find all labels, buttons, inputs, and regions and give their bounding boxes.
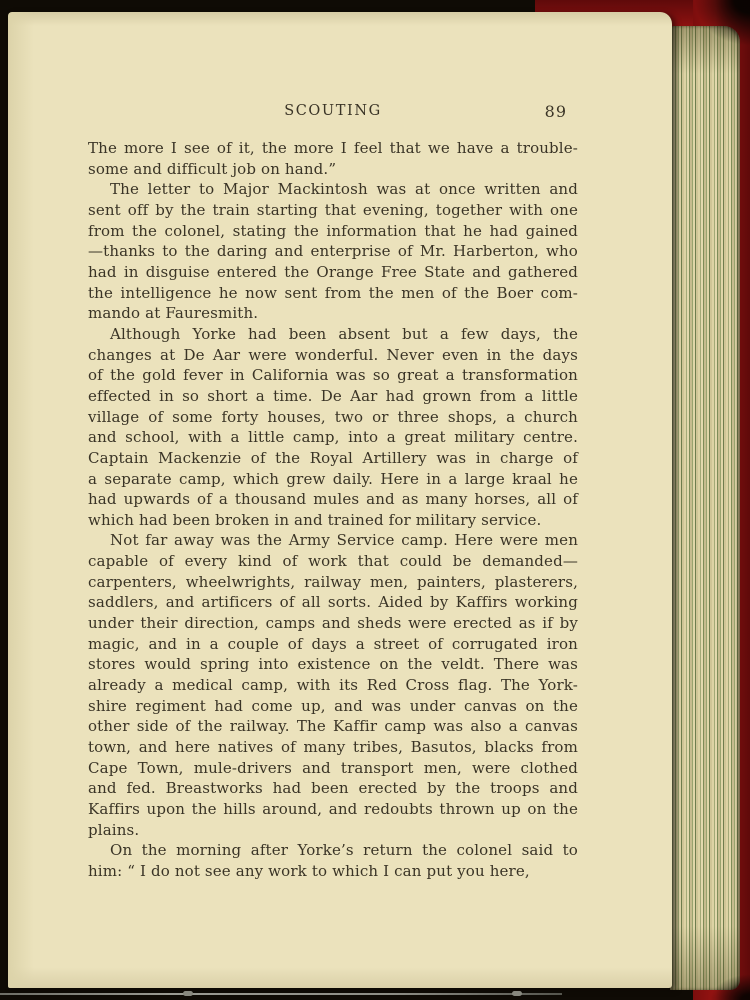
text-line: under their direction, camps and sheds w…: [88, 613, 578, 634]
text-line: shire regiment had come up, and was unde…: [88, 696, 578, 717]
text-line: already a medical camp, with its Red Cro…: [88, 675, 578, 696]
text-block: The more I see of it, the more I feel th…: [88, 138, 578, 882]
paragraph: The letter to Major Mackintosh was at on…: [88, 179, 578, 324]
text-line: of the gold fever in California was so g…: [88, 365, 578, 386]
text-line: him: “ I do not see any work to which I …: [88, 861, 578, 882]
text-line: which had been broken in and trained for…: [88, 510, 578, 531]
paragraph: On the morning after Yorke’s return the …: [88, 840, 578, 881]
text-line: a separate camp, which grew daily. Here …: [88, 469, 578, 490]
text-line: had upwards of a thousand mules and as m…: [88, 489, 578, 510]
paragraph: Not far away was the Army Service camp. …: [88, 530, 578, 840]
text-line: stores would spring into existence on th…: [88, 654, 578, 675]
text-line: some and difficult job on hand.”: [88, 159, 578, 180]
text-line: town, and here natives of many tribes, B…: [88, 737, 578, 758]
text-line: effected in so short a time. De Aar had …: [88, 386, 578, 407]
text-line: The letter to Major Mackintosh was at on…: [88, 179, 578, 200]
table-edge-nub: [512, 991, 522, 996]
table-edge-line: [0, 993, 562, 995]
table-edge-nub: [183, 991, 193, 996]
text-line: the intelligence he now sent from the me…: [88, 283, 578, 304]
text-line: —thanks to the daring and enterprise of …: [88, 241, 578, 262]
text-line: other side of the railway. The Kaffir ca…: [88, 716, 578, 737]
text-line: plains.: [88, 820, 578, 841]
text-line: and school, with a little camp, into a g…: [88, 427, 578, 448]
text-line: Although Yorke had been absent but a few…: [88, 324, 578, 345]
stacked-page-edges: [670, 26, 740, 990]
text-line: Cape Town, mule-drivers and transport me…: [88, 758, 578, 779]
text-line: sent off by the train starting that even…: [88, 200, 578, 221]
text-line: saddlers, and artificers of all sorts. A…: [88, 592, 578, 613]
text-line: Not far away was the Army Service camp. …: [88, 530, 578, 551]
text-line: village of some forty houses, two or thr…: [88, 407, 578, 428]
text-line: magic, and in a couple of days a street …: [88, 634, 578, 655]
text-line: changes at De Aar were wonderful. Never …: [88, 345, 578, 366]
text-line: Kaffirs upon the hills around, and redou…: [88, 799, 578, 820]
page-header: SCOUTING 89: [88, 103, 578, 120]
paragraph: Although Yorke had been absent but a few…: [88, 324, 578, 531]
text-line: carpenters, wheelwrights, railway men, p…: [88, 572, 578, 593]
book-page: SCOUTING 89 The more I see of it, the mo…: [8, 12, 672, 988]
text-line: Captain Mackenzie of the Royal Artillery…: [88, 448, 578, 469]
paragraph: The more I see of it, the more I feel th…: [88, 138, 578, 179]
text-line: On the morning after Yorke’s return the …: [88, 840, 578, 861]
text-line: had in disguise entered the Orange Free …: [88, 262, 578, 283]
scanned-book-photo: SCOUTING 89 The more I see of it, the mo…: [0, 0, 750, 1000]
bottom-right-shadow: [710, 974, 750, 1000]
text-line: mando at Fauresmith.: [88, 303, 578, 324]
running-title: SCOUTING: [284, 103, 382, 119]
page-number: 89: [545, 102, 567, 121]
text-line: capable of every kind of work that could…: [88, 551, 578, 572]
text-line: from the colonel, stating the informatio…: [88, 221, 578, 242]
text-line: and fed. Breastworks had been erected by…: [88, 778, 578, 799]
text-line: The more I see of it, the more I feel th…: [88, 138, 578, 159]
top-right-shadow: [694, 0, 750, 46]
